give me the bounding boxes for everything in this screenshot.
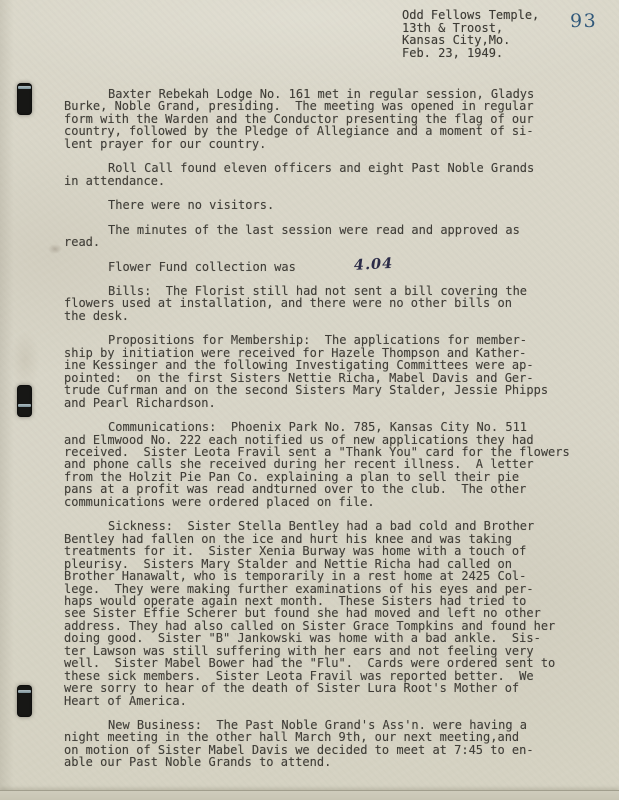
fastener-band (18, 86, 31, 89)
paragraph: Roll Call found eleven officers and eigh… (64, 162, 598, 187)
document-body: Baxter Rebekah Lodge No. 161 met in regu… (64, 88, 598, 781)
binder-fastener (17, 83, 32, 115)
fastener-band (18, 404, 31, 407)
paragraph: Baxter Rebekah Lodge No. 161 met in regu… (64, 88, 598, 150)
paragraph: Propositions for Membership: The applica… (64, 334, 598, 409)
paper-stain (10, 330, 40, 390)
page-bottom-edge (0, 790, 619, 800)
paragraph: Communications: Phoenix Park No. 785, Ka… (64, 421, 598, 508)
paragraph: Bills: The Florist still had not sent a … (64, 285, 598, 322)
fastener-band (18, 690, 31, 693)
scanned-page: 93 Odd Fellows Temple,13th & Troost,Kans… (0, 0, 619, 800)
paragraph: Flower Fund collection was 4.04 (64, 261, 598, 273)
binder-fastener (17, 685, 32, 717)
page-number: 93 (570, 10, 597, 32)
binder-fastener (17, 385, 32, 417)
handwritten-amount: 4.04 (310, 257, 394, 274)
letterhead: Odd Fellows Temple,13th & Troost,Kansas … (402, 9, 539, 59)
paper-stain (48, 244, 62, 254)
paragraph: There were no visitors. (64, 199, 598, 211)
paragraph: The minutes of the last session were rea… (64, 224, 598, 249)
paragraph: Sickness: Sister Stella Bentley had a ba… (64, 520, 598, 707)
paragraph: New Business: The Past Noble Grand's Ass… (64, 719, 598, 769)
